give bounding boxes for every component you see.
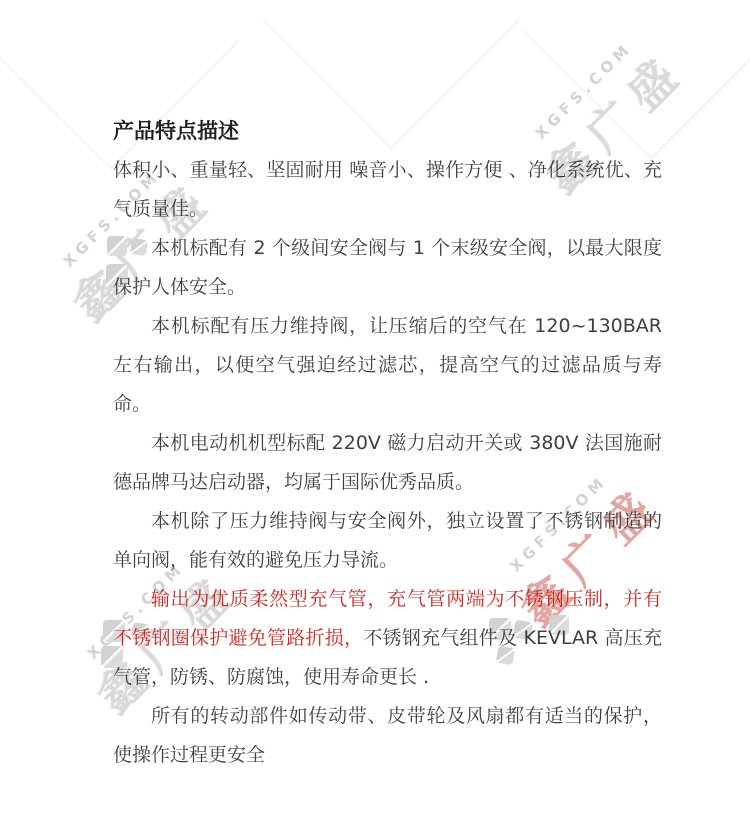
paragraph: 输出为优质柔然型充气管，充气管两端为不锈钢压制，并有不锈钢圈保护避免管路折损，不… <box>113 580 662 697</box>
page-title: 产品特点描述 <box>113 112 662 151</box>
paragraph: 本机标配有压力维持阀，让压缩后的空气在 120~130BAR 左右输出，以便空气… <box>113 307 662 424</box>
paragraph: 所有的转动部件如传动带、皮带轮及风扇都有适当的保护，使操作过程更安全 <box>113 697 662 775</box>
paragraph: 本机除了压力维持阀与安全阀外，独立设置了不锈钢制造的单向阀，能有效的避免压力导流… <box>113 502 662 580</box>
paragraph: 本机电动机机型标配 220V 磁力启动开关或 380V 法国施耐德品牌马达启动器… <box>113 424 662 502</box>
paragraph: 体积小、重量轻、坚固耐用 噪音小、操作方便 、净化系统优、充气质量佳。 <box>113 151 662 229</box>
paragraph: 本机标配有 2 个级间安全阀与 1 个末级安全阀，以最大限度保护人体安全。 <box>113 229 662 307</box>
document-page: 产品特点描述 体积小、重量轻、坚固耐用 噪音小、操作方便 、净化系统优、充气质量… <box>113 112 662 775</box>
